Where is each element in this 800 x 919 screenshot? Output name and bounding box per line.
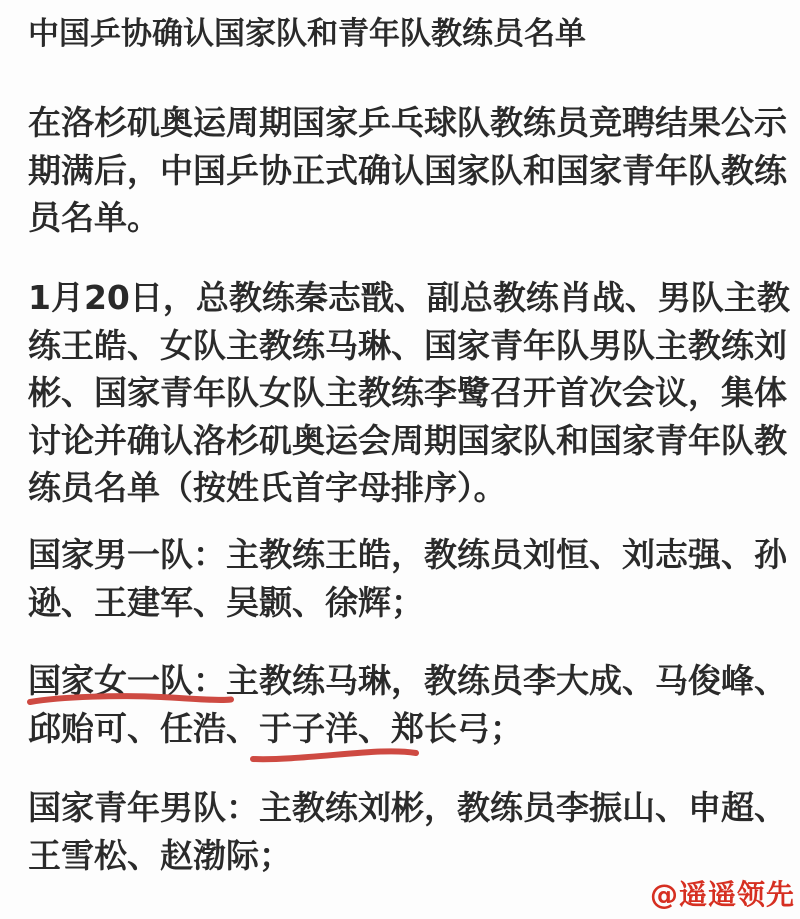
paragraph-intro: 在洛杉矶奥运周期国家乒乓球队教练员竞聘结果公示期满后，中国乒协正式确认国家队和国… [28,99,790,242]
paragraph-men-first-team: 国家男一队：主教练王皓，教练员刘恒、刘志强、孙逊、王建军、吴颢、徐辉； [28,531,790,626]
paragraph-youth-men-team: 国家青年男队：主教练刘彬，教练员李振山、申超、王雪松、赵渤际； [28,784,790,879]
watermark-text: @遥遥领先 [650,879,795,911]
paragraph-meeting: 1月20日，总教练秦志戬、副总教练肖战、男队主教练王皓、女队主教练马琳、国家青年… [28,274,790,512]
article-title: 中国乒协确认国家队和青年队教练员名单 [28,12,788,56]
paragraph-women-first-team: 国家女一队：主教练马琳，教练员李大成、马俊峰、邱贻可、任浩、于子洋、郑长弓； [28,657,790,752]
article: 中国乒协确认国家队和青年队教练员名单 在洛杉矶奥运周期国家乒乓球队教练员竞聘结果… [0,0,800,919]
underline-stroke [253,751,416,759]
